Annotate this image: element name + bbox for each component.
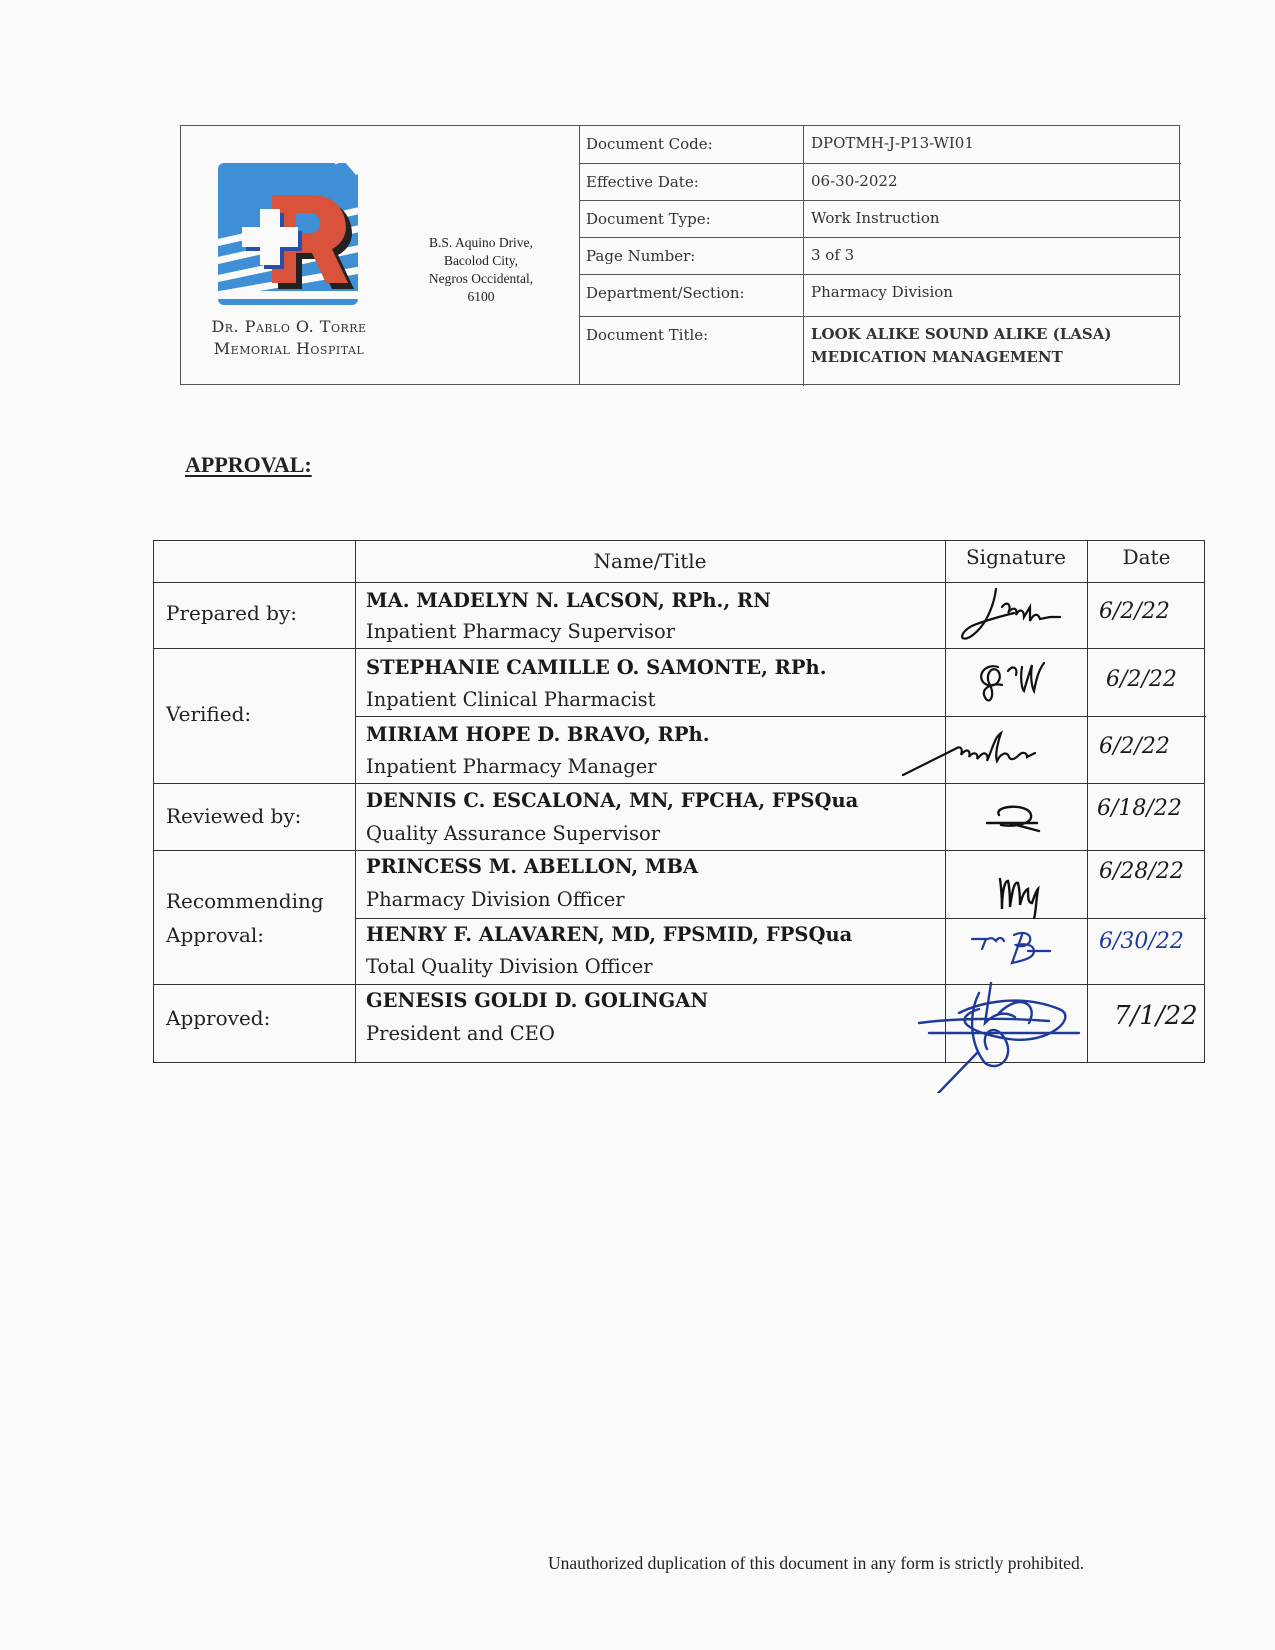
meta-label: Department/Section: [579,275,804,316]
meta-label: Page Number: [579,238,804,274]
hospital-name-line1: Dr. Pablo O. Torre [189,316,389,338]
role-prepared-by: Prepared by: [166,596,297,630]
address-line: 6100 [406,288,556,306]
meta-label: Effective Date: [579,164,804,200]
meta-value: DPOTMH-J-P13-WI01 [811,126,974,152]
meta-value: 06-30-2022 [811,164,897,190]
hospital-brand-cell: Dr. Pablo O. Torre Memorial Hospital B.S… [181,126,580,384]
meta-value: Work Instruction [811,201,940,227]
meta-label: Document Title: [579,317,804,386]
meta-row-page-number: Page Number: 3 of 3 [579,238,1181,275]
footer-notice: Unauthorized duplication of this documen… [548,1553,1084,1574]
document-meta: Document Code: DPOTMH-J-P13-WI01 Effecti… [579,126,1181,384]
hospital-name-line2: Memorial Hospital [189,338,389,360]
signatory-name: MA. MADELYN N. LACSON, RPh., RN [366,589,771,612]
meta-label: Document Code: [579,126,804,163]
approval-table: Name/Title Signature Date Prepared by: V… [153,540,1205,1063]
meta-row-department: Department/Section: Pharmacy Division [579,275,1181,317]
row-divider [154,850,1204,851]
meta-value: Pharmacy Division [811,275,953,301]
document-header-table: Dr. Pablo O. Torre Memorial Hospital B.S… [180,125,1180,385]
signatory-title: Total Quality Division Officer [366,955,653,978]
signatory-title: Quality Assurance Supervisor [366,822,660,845]
signature-lacson-icon [956,585,1076,647]
role-line: Recommending [166,884,324,918]
meta-value: 3 of 3 [811,238,854,264]
signatory-name: DENNIS C. ESCALONA, MN, FPCHA, FPSQua [366,789,858,812]
role-recommending-approval: Recommending Approval: [166,884,324,952]
column-header-signature: Signature [945,545,1087,569]
row-divider [355,716,1206,717]
signature-samonte-icon [964,651,1074,713]
role-reviewed-by: Reviewed by: [166,799,301,833]
signature-golingan-icon [899,953,1099,1093]
meta-row-document-title: Document Title: LOOK ALIKE SOUND ALIKE (… [579,317,1181,386]
signatory-name: STEPHANIE CAMILLE O. SAMONTE, RPh. [366,656,827,679]
row-divider [355,918,1206,919]
meta-row-document-type: Document Type: Work Instruction [579,201,1181,238]
signatory-title: Pharmacy Division Officer [366,888,625,911]
signatory-title: Inpatient Clinical Pharmacist [366,688,656,711]
hospital-address: B.S. Aquino Drive, Bacolod City, Negros … [406,234,556,306]
sign-date: 6/2/22 [1099,734,1170,759]
sign-date: 6/30/22 [1099,929,1184,954]
signatory-name: GENESIS GOLDI D. GOLINGAN [366,989,708,1012]
column-header-name-title: Name/Title [355,549,945,573]
approval-heading: APPROVAL: [185,452,312,478]
role-line: Approval: [166,918,324,952]
signature-bravo-icon [899,719,1089,783]
address-line: Negros Occidental, [406,270,556,288]
sign-date: 7/1/22 [1114,1001,1198,1031]
hospital-r-cross-logo-icon [216,161,371,311]
row-divider [154,582,1204,583]
document-title-line2: MEDICATION MANAGEMENT [811,346,1112,369]
sign-date: 6/28/22 [1099,859,1184,884]
sign-date: 6/2/22 [1099,599,1170,624]
signatory-title: Inpatient Pharmacy Supervisor [366,620,675,643]
signatory-name: PRINCESS M. ABELLON, MBA [366,855,698,878]
address-line: B.S. Aquino Drive, [406,234,556,252]
meta-value-title: LOOK ALIKE SOUND ALIKE (LASA) MEDICATION… [811,317,1112,369]
meta-row-effective-date: Effective Date: 06-30-2022 [579,164,1181,201]
hospital-name: Dr. Pablo O. Torre Memorial Hospital [189,316,389,360]
row-divider [154,648,1204,649]
signatory-name: MIRIAM HOPE D. BRAVO, RPh. [366,723,710,746]
signatory-name: HENRY F. ALAVAREN, MD, FPSMID, FPSQua [366,923,852,946]
document-title-line1: LOOK ALIKE SOUND ALIKE (LASA) [811,323,1112,346]
role-approved: Approved: [166,1001,270,1035]
signature-escalona-icon [969,793,1069,843]
meta-label: Document Type: [579,201,804,237]
role-verified: Verified: [166,697,251,731]
row-divider [154,783,1204,784]
signatory-title: Inpatient Pharmacy Manager [366,755,657,778]
address-line: Bacolod City, [406,252,556,270]
signature-abellon-icon [986,859,1066,919]
column-header-date: Date [1087,545,1206,569]
sign-date: 6/18/22 [1097,796,1182,821]
sign-date: 6/2/22 [1106,667,1177,692]
signatory-title: President and CEO [366,1022,555,1045]
meta-row-document-code: Document Code: DPOTMH-J-P13-WI01 [579,126,1181,164]
